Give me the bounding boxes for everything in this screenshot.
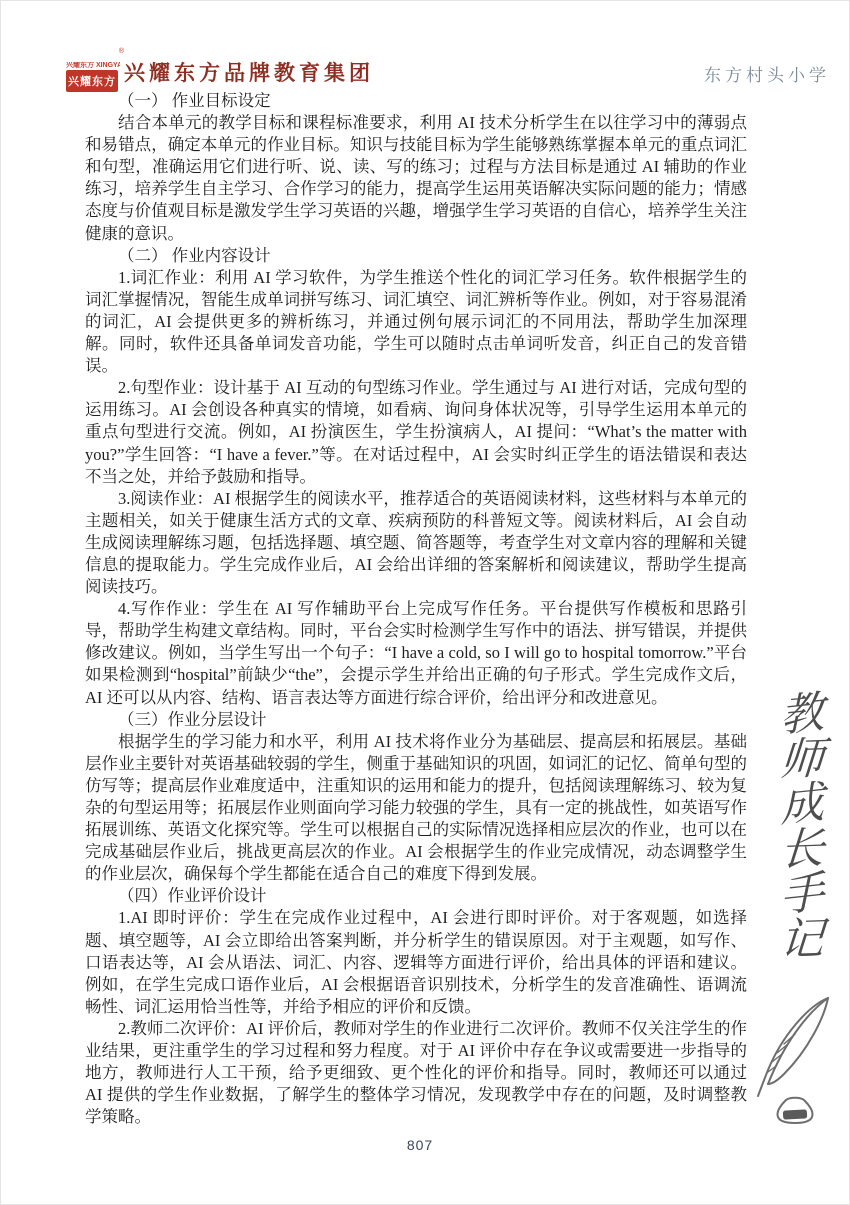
calligraphy-char: 成 <box>779 780 824 830</box>
paragraph: 2.教师二次评价：AI 评价后，教师对学生的作业进行二次评价。教师不仅关注学生的… <box>85 1018 747 1128</box>
paragraph: 结合本单元的教学目标和课程标准要求，利用 AI 技术分析学生在以往学习中的薄弱点… <box>85 112 747 245</box>
school-name: 东方村头小学 <box>704 61 830 86</box>
paragraph: 根据学生的学习能力和水平，利用 AI 技术将作业分为基础层、提高层和拓展层。基础… <box>85 731 747 886</box>
document-page: ® 兴耀东方 XINGYAO 兴耀东方 兴耀东方品牌教育集团 东方村头小学 （一… <box>0 0 850 1205</box>
calligraphy-char: 师 <box>778 736 825 783</box>
brand-logo: ® 兴耀东方 XINGYAO 兴耀东方 <box>66 52 120 92</box>
calligraphy-char: 手 <box>779 870 824 920</box>
paragraph: 1.词汇作业：利用 AI 学习软件，为学生推送个性化的词汇学习任务。软件根据学生… <box>85 267 747 377</box>
calligraphy-char: 教 <box>779 690 824 740</box>
section-heading: （二） 作业内容设计 <box>85 245 747 267</box>
section-heading: （一） 作业目标设定 <box>85 90 747 112</box>
registered-mark: ® <box>119 48 124 55</box>
document-body: （一） 作业目标设定 结合本单元的教学目标和课程标准要求，利用 AI 技术分析学… <box>85 90 747 1128</box>
calligraphy-char: 长 <box>778 826 825 873</box>
paragraph: 2.句型作业：设计基于 AI 互动的句型练习作业。学生通过与 AI 进行对话，完… <box>85 377 747 487</box>
paragraph: 3.阅读作业：AI 根据学生的阅读水平，推荐适合的英语阅读材料，这些材料与本单元… <box>85 488 747 598</box>
logo-top-text: 兴耀东方 XINGYAO <box>66 62 120 70</box>
section-heading: （四）作业评价设计 <box>85 885 747 907</box>
section-heading: （三）作业分层设计 <box>85 709 747 731</box>
calligraphy-char: 记 <box>778 916 825 963</box>
org-title: 兴耀东方品牌教育集团 <box>124 57 374 87</box>
paragraph: 4.写作作业：学生在 AI 写作辅助平台上完成写作任务。平台提供写作模板和思路引… <box>85 598 747 708</box>
quill-ink-icon <box>748 992 838 1127</box>
paragraph: 1.AI 即时评价：学生在完成作业过程中，AI 会进行即时评价。对于客观题，如选… <box>85 907 747 1017</box>
page-number: 807 <box>0 1137 840 1153</box>
margin-calligraphy-title: 教 师 成 长 手 记 <box>770 692 834 962</box>
logo-seal-icon: 兴耀东方 <box>66 70 118 92</box>
